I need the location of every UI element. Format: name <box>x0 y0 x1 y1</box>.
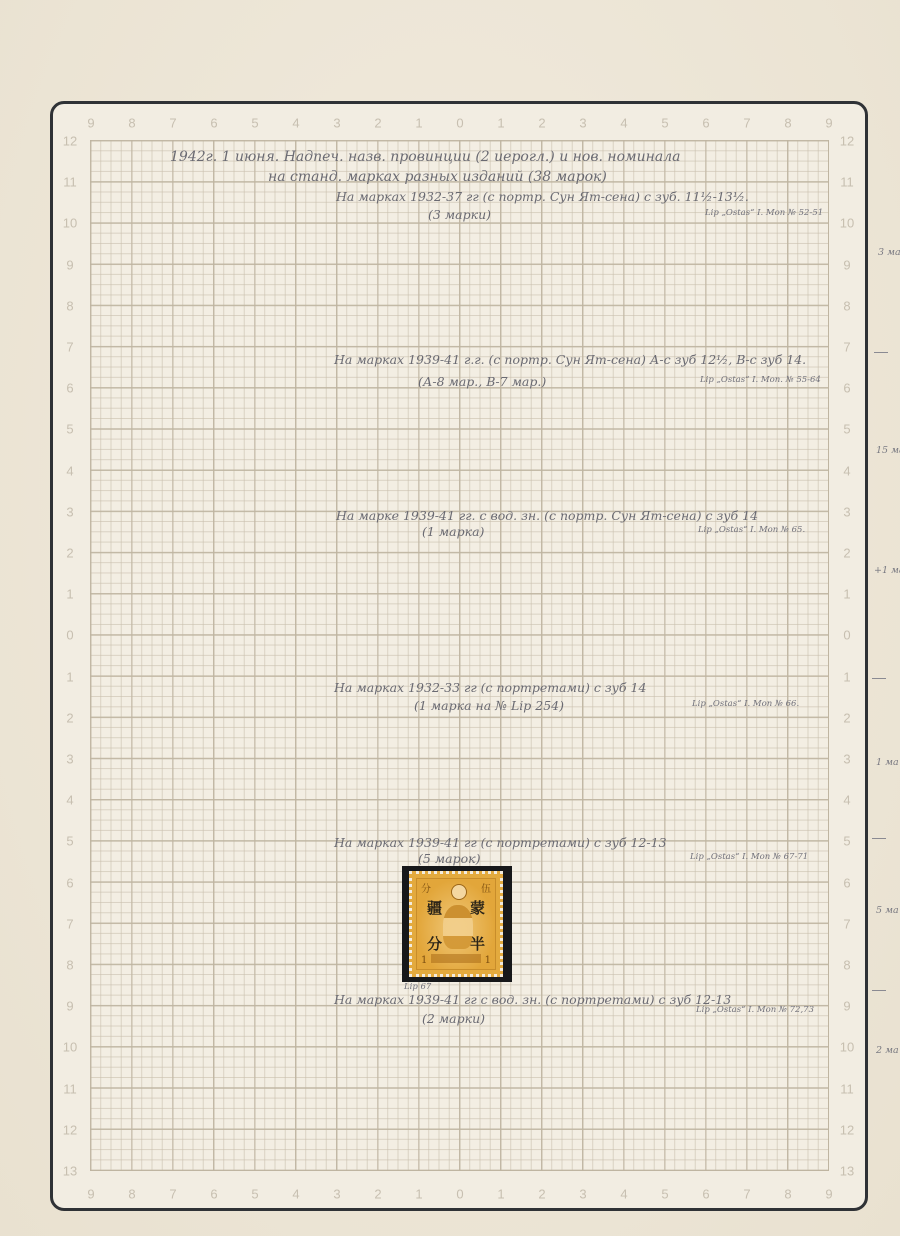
scale-tick-label: 9 <box>87 117 94 130</box>
scale-tick-label: 11 <box>840 176 854 189</box>
section-2-text: На марках 1939-41 г.г. (с портр. Сун Ят-… <box>334 354 806 367</box>
scale-tick-label: 9 <box>87 1188 94 1201</box>
margin-note-2: 15 ма <box>876 446 900 456</box>
scale-tick-label: 2 <box>66 711 73 724</box>
scale-tick-label: 4 <box>292 1188 299 1201</box>
scale-tick-label: 5 <box>843 835 850 848</box>
margin-dash <box>872 990 886 991</box>
overprint-top-right: 蒙 <box>470 901 485 916</box>
scale-tick-label: 12 <box>63 1123 77 1136</box>
section-1-count: (3 марки) <box>428 209 491 222</box>
scale-tick-label: 4 <box>843 464 850 477</box>
section-5-count: (5 марок) <box>418 853 481 866</box>
scale-tick-label: 0 <box>843 629 850 642</box>
margin-note-4: 1 ма <box>876 758 899 768</box>
scale-tick-label: 6 <box>66 382 73 395</box>
scale-tick-label: 7 <box>743 1188 750 1201</box>
scale-tick-label: 6 <box>210 1188 217 1201</box>
section-1-text: На марках 1932-37 гг (с портр. Сун Ят-се… <box>336 191 749 204</box>
scale-tick-label: 8 <box>66 299 73 312</box>
scale-tick-label: 10 <box>63 217 77 230</box>
section-3-count: (1 марка) <box>422 526 484 539</box>
scale-tick-label: 8 <box>128 117 135 130</box>
margin-note-3: +1 ма <box>874 566 900 576</box>
scale-tick-label: 4 <box>292 117 299 130</box>
margin-note-1: 3 ма <box>878 248 900 258</box>
header-line-2: на станд. марках разных изданий (38 маро… <box>268 170 607 184</box>
scale-tick-label: 10 <box>840 217 854 230</box>
scale-tick-label: 9 <box>825 117 832 130</box>
stamp-design: 分 伍 疆 蒙 分 半 1 1 <box>416 878 496 970</box>
scale-tick-label: 3 <box>66 753 73 766</box>
scale-tick-label: 9 <box>66 1000 73 1013</box>
scale-tick-label: 3 <box>333 1188 340 1201</box>
scale-tick-label: 7 <box>843 341 850 354</box>
scale-tick-label: 5 <box>251 117 258 130</box>
scale-tick-label: 3 <box>579 1188 586 1201</box>
scale-tick-label: 1 <box>497 117 504 130</box>
stamp-caption: Lip 67 <box>404 983 431 992</box>
scale-tick-label: 4 <box>66 464 73 477</box>
section-6-text: На марках 1939-41 гг с вод. зн. (с портр… <box>334 994 731 1007</box>
scale-tick-label: 3 <box>579 117 586 130</box>
scale-tick-label: 7 <box>169 117 176 130</box>
scale-tick-label: 8 <box>784 1188 791 1201</box>
scale-tick-label: 3 <box>843 753 850 766</box>
scale-tick-label: 7 <box>66 917 73 930</box>
section-3-text: На марке 1939-41 гг. с вод. зн. (с портр… <box>336 510 758 523</box>
scale-tick-label: 6 <box>66 876 73 889</box>
scale-tick-label: 6 <box>843 382 850 395</box>
scale-tick-label: 8 <box>784 117 791 130</box>
scale-tick-label: 1 <box>415 117 422 130</box>
scale-tick-label: 4 <box>843 794 850 807</box>
scale-tick-label: 8 <box>843 959 850 972</box>
scale-tick-label: 2 <box>538 1188 545 1201</box>
scale-tick-label: 5 <box>66 423 73 436</box>
scale-tick-label: 7 <box>169 1188 176 1201</box>
section-4-count: (1 марка на № Lip 254) <box>414 700 564 713</box>
scale-tick-label: 9 <box>843 258 850 271</box>
section-6-count: (2 марки) <box>422 1013 485 1026</box>
scale-tick-label: 8 <box>843 299 850 312</box>
section-2-count: (А-8 мар., В-7 мар.) <box>418 376 546 389</box>
scale-tick-label: 10 <box>63 1041 77 1054</box>
scale-tick-label: 5 <box>66 835 73 848</box>
scale-tick-label: 10 <box>840 1041 854 1054</box>
scale-tick-label: 5 <box>843 423 850 436</box>
scale-tick-label: 12 <box>63 135 77 148</box>
scale-tick-label: 5 <box>251 1188 258 1201</box>
scale-tick-label: 1 <box>497 1188 504 1201</box>
overprint-bottom-left: 分 <box>427 937 442 952</box>
scale-tick-label: 13 <box>63 1165 77 1178</box>
margin-note-5: 5 ма <box>876 906 899 916</box>
stamp-value-left: 1 <box>421 956 427 966</box>
scale-tick-label: 3 <box>843 505 850 518</box>
scale-tick-label: 4 <box>66 794 73 807</box>
section-6-ref: Lip „Ostas“ I. Mon № 72,73 <box>696 1006 814 1015</box>
scale-tick-label: 7 <box>66 341 73 354</box>
scale-tick-label: 2 <box>843 711 850 724</box>
scale-tick-label: 5 <box>661 117 668 130</box>
scale-tick-label: 8 <box>66 959 73 972</box>
overprint-bottom-right: 半 <box>470 937 485 952</box>
scale-tick-label: 1 <box>843 670 850 683</box>
overprint-top-left: 疆 <box>427 901 442 916</box>
scale-tick-label: 0 <box>456 1188 463 1201</box>
portrait-icon <box>443 905 473 949</box>
scale-tick-label: 13 <box>840 1165 854 1178</box>
scale-tick-label: 12 <box>840 135 854 148</box>
section-1-ref: Lip „Ostas“ I. Mon № 52-51 <box>705 209 823 218</box>
scale-tick-label: 6 <box>702 1188 709 1201</box>
scale-tick-label: 6 <box>843 876 850 889</box>
scale-tick-label: 5 <box>661 1188 668 1201</box>
scale-tick-label: 7 <box>843 917 850 930</box>
scale-tick-label: 0 <box>456 117 463 130</box>
scale-tick-label: 0 <box>66 629 73 642</box>
scale-tick-label: 6 <box>702 117 709 130</box>
stamp-lip-67[interactable]: 分 伍 疆 蒙 分 半 1 1 <box>409 871 503 977</box>
margin-dash <box>872 678 886 679</box>
margin-note-6: 2 ма <box>876 1046 899 1056</box>
scale-tick-label: 7 <box>743 117 750 130</box>
scale-tick-label: 2 <box>843 547 850 560</box>
section-3-ref: Lip „Ostas“ I. Mon № 65. <box>698 526 805 535</box>
scale-tick-label: 4 <box>620 117 627 130</box>
margin-dash <box>874 352 888 353</box>
section-2-ref: Lip „Ostas“ I. Mon. № 55-64 <box>700 376 821 385</box>
scale-tick-label: 2 <box>66 547 73 560</box>
scale-tick-label: 1 <box>66 670 73 683</box>
section-4-text: На марках 1932-33 гг (с портретами) с зу… <box>334 682 646 695</box>
scale-tick-label: 1 <box>843 588 850 601</box>
stamp-value-right: 1 <box>485 956 491 966</box>
stamp-bottom-inscription <box>431 954 481 963</box>
section-5-text: На марках 1939-41 гг (с портретами) с зу… <box>334 837 667 850</box>
scale-tick-label: 8 <box>128 1188 135 1201</box>
scale-tick-label: 6 <box>210 117 217 130</box>
stamp-top-left-char: 分 <box>421 885 431 895</box>
scale-tick-label: 2 <box>538 117 545 130</box>
header-line-1: 1942г. 1 июня. Надпеч. назв. провинции (… <box>170 150 680 164</box>
section-5-ref: Lip „Ostas“ I. Mon № 67-71 <box>690 853 808 862</box>
sun-emblem-icon <box>451 884 467 900</box>
scale-tick-label: 11 <box>63 176 77 189</box>
section-4-ref: Lip „Ostas“ I. Mon № 66. <box>692 700 799 709</box>
scale-tick-label: 11 <box>840 1082 854 1095</box>
scale-tick-label: 9 <box>66 258 73 271</box>
scale-tick-label: 1 <box>415 1188 422 1201</box>
scale-tick-label: 3 <box>333 117 340 130</box>
scale-tick-label: 9 <box>843 1000 850 1013</box>
scale-tick-label: 12 <box>840 1123 854 1136</box>
stamp-top-right-char: 伍 <box>481 885 491 895</box>
margin-dash <box>872 838 886 839</box>
scale-tick-label: 2 <box>374 1188 381 1201</box>
scale-tick-label: 2 <box>374 117 381 130</box>
scale-tick-label: 4 <box>620 1188 627 1201</box>
scale-tick-label: 11 <box>63 1082 77 1095</box>
scale-tick-label: 9 <box>825 1188 832 1201</box>
scale-tick-label: 3 <box>66 505 73 518</box>
scale-tick-label: 1 <box>66 588 73 601</box>
